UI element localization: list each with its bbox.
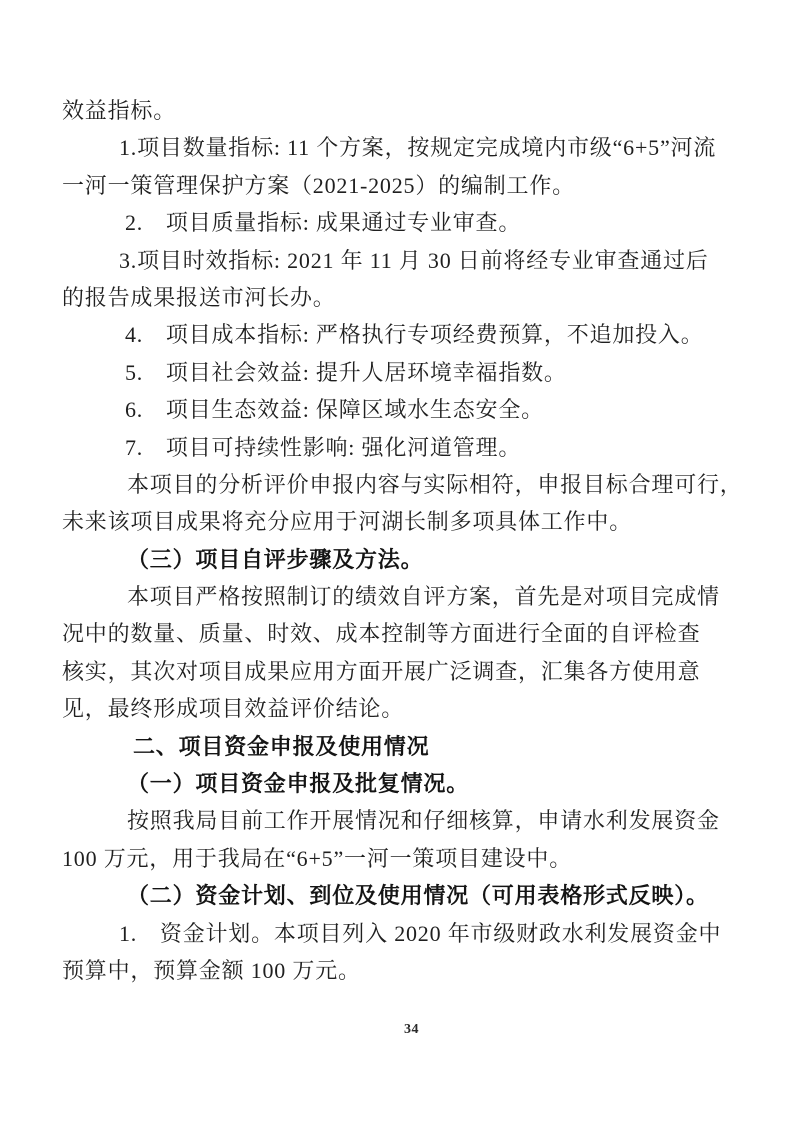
- text-line: 二、项目资金申报及使用情况: [62, 728, 710, 765]
- text-line: 本项目严格按照制订的绩效自评方案，首先是对项目完成情: [62, 578, 710, 615]
- text-line: 未来该项目成果将充分应用于河湖长制多项具体工作中。: [62, 503, 710, 540]
- text-line: 本项目的分析评价申报内容与实际相符，申报目标合理可行，: [62, 466, 710, 503]
- text-line: 按照我局目前工作开展情况和仔细核算，申请水利发展资金: [62, 802, 710, 839]
- text-line: 5. 项目社会效益: 提升人居环境幸福指数。: [62, 354, 710, 391]
- text-line: 100 万元，用于我局在“6+5”一河一策项目建设中。: [62, 840, 710, 877]
- text-line: 3.项目时效指标: 2021 年 11 月 30 日前将经专业审查通过后: [62, 242, 710, 279]
- text-line: 核实，其次对项目成果应用方面开展广泛调查，汇集各方使用意: [62, 653, 710, 690]
- text-line: 况中的数量、质量、时效、成本控制等方面进行全面的自评检查: [62, 615, 710, 652]
- text-line: （二）资金计划、到位及使用情况（可用表格形式反映）。: [62, 877, 710, 914]
- text-line: 的报告成果报送市河长办。: [62, 279, 710, 316]
- text-line: （三）项目自评步骤及方法。: [62, 541, 710, 578]
- text-line: （一）项目资金申报及批复情况。: [62, 765, 710, 802]
- text-line: 效益指标。: [62, 92, 710, 129]
- document-body: 效益指标。1.项目数量指标: 11 个方案，按规定完成境内市级“6+5”河流一河…: [62, 92, 710, 989]
- document-page: 效益指标。1.项目数量指标: 11 个方案，按规定完成境内市级“6+5”河流一河…: [0, 0, 793, 1122]
- text-line: 2. 项目质量指标: 成果通过专业审查。: [62, 204, 710, 241]
- text-line: 见，最终形成项目效益评价结论。: [62, 690, 710, 727]
- text-line: 4. 项目成本指标: 严格执行专项经费预算，不追加投入。: [62, 316, 710, 353]
- text-line: 1. 资金计划。本项目列入 2020 年市级财政水利发展资金中: [62, 915, 710, 952]
- text-line: 1.项目数量指标: 11 个方案，按规定完成境内市级“6+5”河流: [62, 129, 710, 166]
- text-line: 6. 项目生态效益: 保障区域水生态安全。: [62, 391, 710, 428]
- text-line: 7. 项目可持续性影响: 强化河道管理。: [62, 429, 710, 466]
- page-number: 34: [404, 1022, 419, 1038]
- text-line: 预算中，预算金额 100 万元。: [62, 952, 710, 989]
- text-line: 一河一策管理保护方案（2021-2025）的编制工作。: [62, 167, 710, 204]
